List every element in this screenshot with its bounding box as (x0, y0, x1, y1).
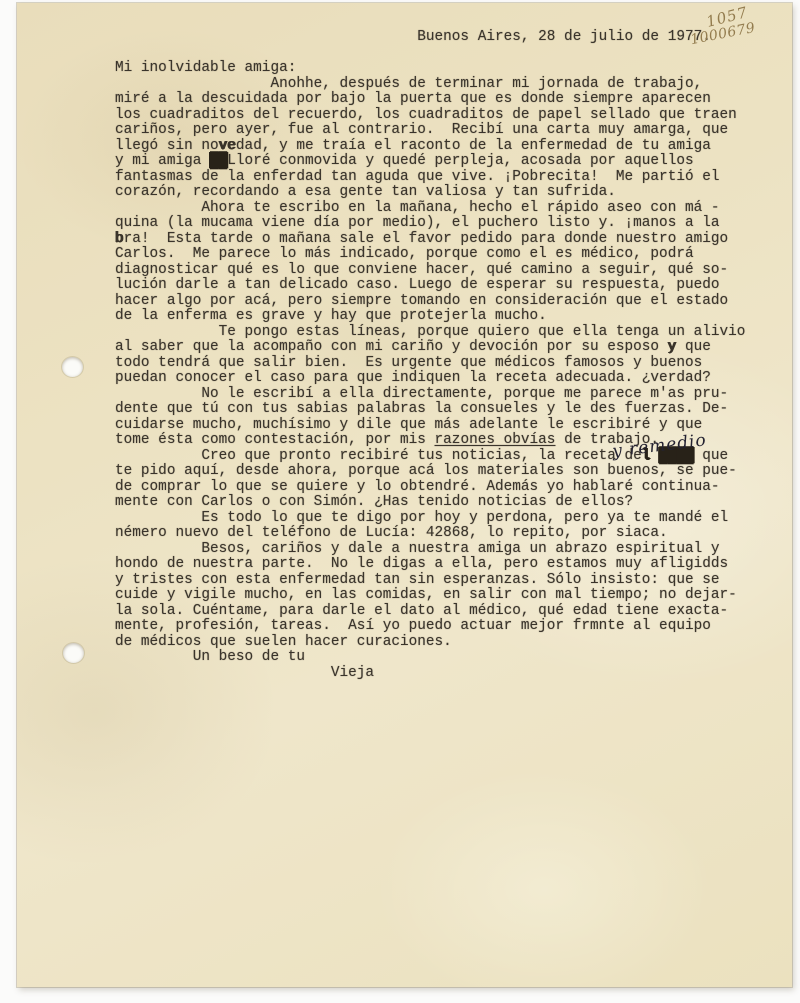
punch-hole-bottom (63, 643, 84, 663)
letter-line: Es todo lo que te digo por hoy y perdona… (115, 511, 765, 527)
letter-line: mente, profesión, tareas. Así yo puedo a… (115, 619, 765, 635)
letter-line: hacer algo por acá, pero siempre tomando… (115, 294, 765, 310)
letter-line: Ahora te escribo en la mañana, hecho el … (115, 201, 765, 217)
letter-line: némero nuevo del teléfono de Lucía: 4286… (115, 526, 765, 542)
letter-line: bra! Esta tarde o mañana sale el favor p… (115, 232, 765, 248)
letter-line: todo tendrá que salir bien. Es urgente q… (115, 356, 765, 372)
letter-line: hondo de nuestra parte. No le digas a el… (115, 557, 765, 573)
letter-line: No le escribí a ella directamente, porqu… (115, 387, 765, 403)
punch-hole-top (62, 357, 83, 377)
letter-line: y tristes con esta enfermedad tan sin es… (115, 573, 765, 589)
letter-line: Besos, cariños y dale a nuestra amiga un… (115, 542, 765, 558)
letter-line: Creo que pronto recibiré tus noticias, l… (115, 449, 765, 465)
letter-line: al saber que la acompaño con mi cariño y… (115, 340, 765, 356)
letter-line: corazón, recordando a esa gente tan vali… (115, 185, 765, 201)
letter-line: llegó sin novedad, y me traía el raconto… (115, 139, 765, 155)
letter-line: cuide y vigile mucho, en las comidas, en… (115, 588, 765, 604)
blank-line (115, 46, 765, 62)
letter-line: de médicos que suelen hacer curaciones. (115, 635, 765, 651)
letter-line: Te pongo estas líneas, porque quiero que… (115, 325, 765, 341)
letter-line: mente con Carlos o con Simón. ¿Has tenid… (115, 495, 765, 511)
signature-line: Vieja (115, 666, 765, 682)
letter-line: quina (la mucama viene día por medio), e… (115, 216, 765, 232)
letter-line: dente que tú con tus sabias palabras la … (115, 402, 765, 418)
letter-line: de la enferma es grave y hay que proteje… (115, 309, 765, 325)
letter-line: los cuadraditos del recuerdo, los cuadra… (115, 108, 765, 124)
letter-line: Anohhe, después de terminar mi jornada d… (115, 77, 765, 93)
letter-line: diagnosticar qué es lo que conviene hace… (115, 263, 765, 279)
letter-line: lución darle a tan delicado caso. Luego … (115, 278, 765, 294)
letter-line: Carlos. Me parece lo más indicado, porqu… (115, 247, 765, 263)
letter-line: y mi amiga ██Lloré conmovida y quedé per… (115, 154, 765, 170)
letter-line: cuidarse mucho, muchísimo y dile que más… (115, 418, 765, 434)
letter-line: miré a la descuidada por bajo la puerta … (115, 92, 765, 108)
letter-line: tome ésta como contestación, por mis raz… (115, 433, 765, 449)
letter-line: te pido aquí, desde ahora, porque acá lo… (115, 464, 765, 480)
letter-text-block: Buenos Aires, 28 de julio de 1977. Mi in… (115, 30, 765, 681)
letter-line: de comprar lo que se quiere y lo obtendr… (115, 480, 765, 496)
scanned-letter: Buenos Aires, 28 de julio de 1977. Mi in… (0, 0, 800, 1003)
date-line: Buenos Aires, 28 de julio de 1977. (115, 30, 765, 46)
letter-line: puedan conocer el caso para que indiquen… (115, 371, 765, 387)
closing-line: Un beso de tu (115, 650, 765, 666)
letter-line: fantasmas de la enferdad tan aguda que v… (115, 170, 765, 186)
letter-body: Anohhe, después de terminar mi jornada d… (115, 77, 765, 651)
salutation: Mi inolvidable amiga: (115, 61, 765, 77)
letter-line: cariños, pero ayer, fue al contrario. Re… (115, 123, 765, 139)
letter-line: la sola. Cuéntame, para darle el dato al… (115, 604, 765, 620)
